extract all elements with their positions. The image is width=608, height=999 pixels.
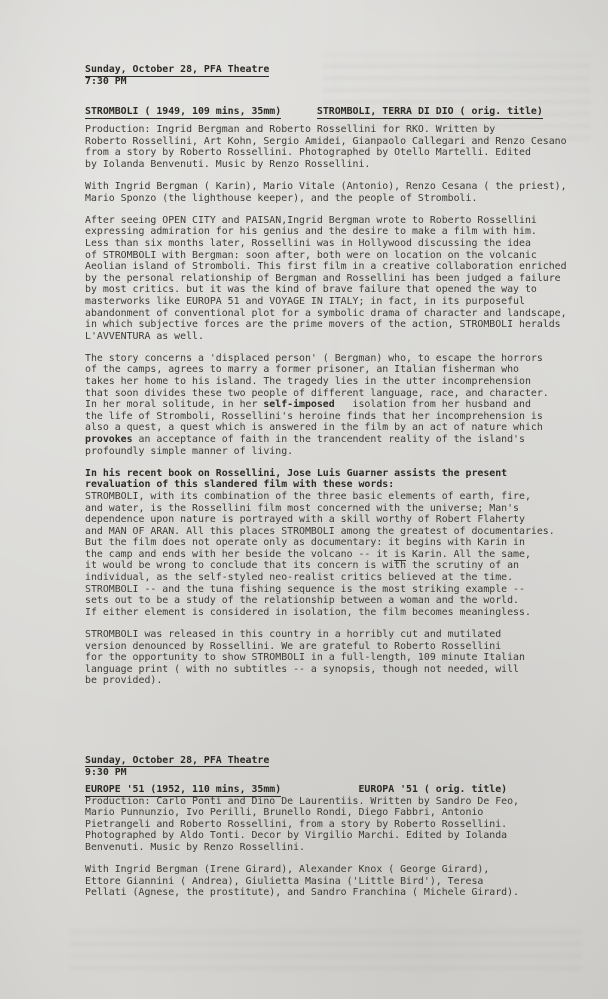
text-line: by Iolanda Benvenuti. Music by Renzo Ros…: [85, 159, 590, 171]
text-line: revaluation of this slandered film with …: [85, 479, 590, 491]
underlined-text: STROMBOLI ( 1949, 109 mins, 35mm): [85, 106, 281, 119]
text-line: masterworks like EUROPA 51 and VOYAGE IN…: [85, 296, 590, 308]
text-line: by most critics. but it was the kind of …: [85, 284, 590, 296]
paragraph: In his recent book on Rossellini, Jose L…: [85, 468, 590, 619]
text-line: and water, is the Rossellini film most c…: [85, 503, 590, 515]
text-line: But the film does not operate only as do…: [85, 537, 590, 549]
text-line: for the opportunity to show STROMBOLI in…: [85, 652, 590, 664]
screening-date-heading: Sunday, October 28, PFA Theatre7:30 PM: [85, 64, 590, 87]
scanned-program-page: Sunday, October 28, PFA Theatre7:30 PMST…: [0, 0, 608, 999]
text-line: be provided).: [85, 675, 590, 687]
underlined-text: STROMBOLI, TERRA DI DIO ( orig. title): [317, 106, 543, 119]
text-line: With Ingrid Bergman (Irene Girard), Alex…: [85, 864, 590, 876]
ink-bleed-through-artifact: [70, 928, 582, 970]
text-line: In her moral solitude, in her self-impos…: [85, 399, 590, 411]
overstruck-text: self-imposed: [263, 399, 334, 410]
text-line: In his recent book on Rossellini, Jose L…: [85, 468, 590, 480]
text-line: profoundly simple manner of living.: [85, 446, 590, 458]
underlined-text: Sunday, October 28, PFA Theatre: [85, 64, 269, 77]
paragraph: The story concerns a 'displaced person' …: [85, 353, 590, 457]
screening-date-heading: Sunday, October 28, PFA Theatre9:30 PM: [85, 755, 590, 778]
text-line: Mario Punnunzio, Ivo Perilli, Brunello R…: [85, 807, 590, 819]
text-line: The story concerns a 'displaced person' …: [85, 353, 590, 365]
text-line: also a quest, a quest which is answered …: [85, 422, 590, 434]
film-title-line: EUROPE '51 (1952, 110 mins, 35mm) EUROPA…: [85, 784, 590, 796]
text-line: version denounced by Rossellini. We are …: [85, 641, 590, 653]
text-line: language print ( with no subtitles -- a …: [85, 664, 590, 676]
text-line: dependence upon nature is portrayed with…: [85, 514, 590, 526]
text-line: STROMBOLI, with its combination of the t…: [85, 491, 590, 503]
text-line: abandonment of conventional plot for a s…: [85, 308, 590, 320]
text-line: individual, as the self-styled neo-reali…: [85, 572, 590, 584]
text-line: and MAN OF ARAN. All this places STROMBO…: [85, 526, 590, 538]
text-line: sets out to be a study of the relationsh…: [85, 595, 590, 607]
venue-date-line: Sunday, October 28, PFA Theatre: [85, 755, 590, 767]
text-line: Production: Carlo Ponti and Dino De Laur…: [85, 796, 590, 808]
text-line: expressing admiration for his genius and…: [85, 226, 590, 238]
text-line: by the personal relationship of Bergman …: [85, 273, 590, 285]
overstruck-text: In his recent book on Rossellini, Jose L…: [85, 468, 507, 479]
text-line: in which subjective forces are the prime…: [85, 319, 590, 331]
underlined-text: Sunday, October 28, PFA Theatre: [85, 755, 269, 768]
text-line: it would be wrong to conclude that its c…: [85, 560, 590, 572]
text-line: Pietrangeli and Roberto Rossellini, from…: [85, 819, 590, 831]
text-line: the camp and ends with her beside the vo…: [85, 549, 590, 561]
showtime-line: 7:30 PM: [85, 76, 590, 88]
overstruck-text: revaluation of this slandered film with …: [85, 479, 394, 490]
text-line: If either element is considered in isola…: [85, 607, 590, 619]
text-line: that soon divides these two people of di…: [85, 388, 590, 400]
paragraph: With Ingrid Bergman ( Karin), Mario Vita…: [85, 181, 590, 204]
paragraph: Production: Ingrid Bergman and Roberto R…: [85, 124, 590, 170]
text-line: provokes an acceptance of faith in the t…: [85, 434, 590, 446]
text-line: L'AVVENTURA as well.: [85, 331, 590, 343]
text-line: Mario Sponzo (the lighthouse keeper), an…: [85, 193, 590, 205]
text-line: of the camps, agrees to marry a former p…: [85, 364, 590, 376]
paragraph: Production: Carlo Ponti and Dino De Laur…: [85, 796, 590, 854]
text-line: Production: Ingrid Bergman and Roberto R…: [85, 124, 590, 136]
text-line: Roberto Rossellini, Art Kohn, Sergio Ami…: [85, 136, 590, 148]
text-line: Less than six months later, Rossellini w…: [85, 238, 590, 250]
document-content: Sunday, October 28, PFA Theatre7:30 PMST…: [85, 64, 590, 899]
showtime-line: 9:30 PM: [85, 767, 590, 779]
overstruck-text: provokes: [85, 434, 133, 445]
text-line: Aeolian island of Stromboli. This first …: [85, 261, 590, 273]
paragraph: STROMBOLI was released in this country i…: [85, 629, 590, 687]
text-line: from a story by Roberto Rossellini. Phot…: [85, 147, 590, 159]
venue-date-line: Sunday, October 28, PFA Theatre: [85, 64, 590, 76]
film-section-stromboli: Sunday, October 28, PFA Theatre7:30 PMST…: [85, 64, 590, 687]
paragraph: With Ingrid Bergman (Irene Girard), Alex…: [85, 864, 590, 899]
text-line: of STROMBOLI with Bergman: soon after, b…: [85, 250, 590, 262]
film-title-line: STROMBOLI ( 1949, 109 mins, 35mm) STROMB…: [85, 106, 590, 118]
text-line: After seeing OPEN CITY and PAISAN,Ingrid…: [85, 215, 590, 227]
paragraph: After seeing OPEN CITY and PAISAN,Ingrid…: [85, 215, 590, 343]
text-line: Ettore Giannini ( Andrea), Giulietta Mas…: [85, 876, 590, 888]
text-line: Benvenuti. Music by Renzo Rossellini.: [85, 842, 590, 854]
text-line: STROMBOLI -- and the tuna fishing sequen…: [85, 584, 590, 596]
text-line: STROMBOLI was released in this country i…: [85, 629, 590, 641]
text-line: With Ingrid Bergman ( Karin), Mario Vita…: [85, 181, 590, 193]
text-line: takes her home to his island. The traged…: [85, 376, 590, 388]
text-line: the life of Stromboli, Rossellini's hero…: [85, 411, 590, 423]
text-line: Photographed by Aldo Tonti. Decor by Vir…: [85, 830, 590, 842]
underlined-text: EUROPE '51 (1952, 110 mins, 35mm): [85, 784, 281, 797]
film-section-europe51: Sunday, October 28, PFA Theatre9:30 PMEU…: [85, 755, 590, 899]
text-line: Pellati (Agnese, the prostitute), and Sa…: [85, 887, 590, 899]
